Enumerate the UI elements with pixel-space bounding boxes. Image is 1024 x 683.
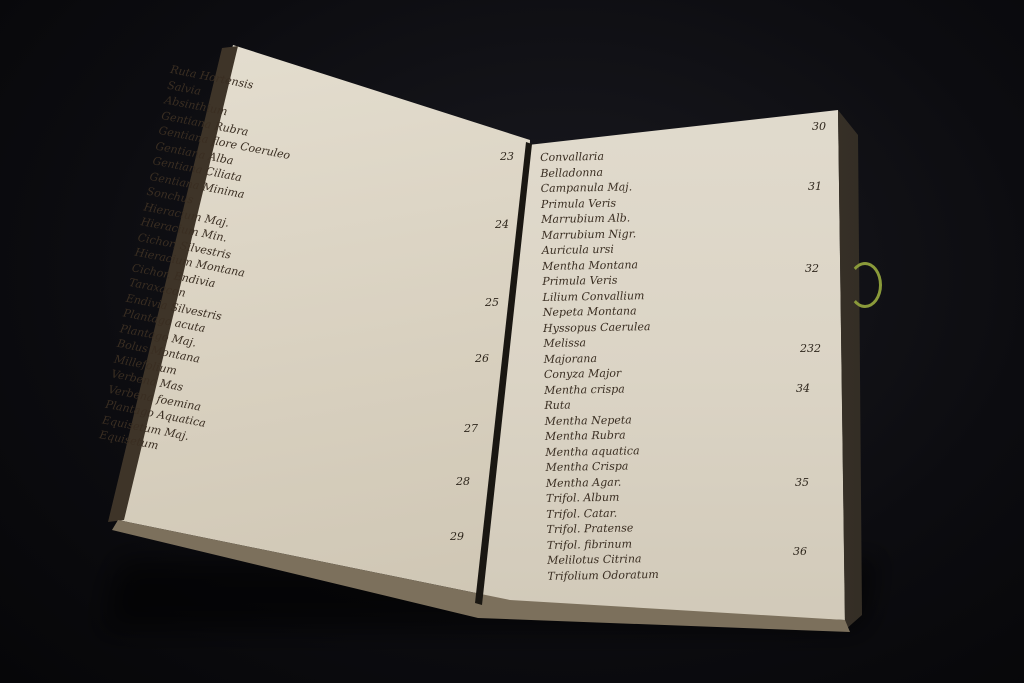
page-number: 29 [450,530,464,543]
page-number: 27 [464,422,478,435]
binding-cord-icon [848,262,882,308]
page-number: 31 [808,180,822,193]
page-number: 36 [793,545,807,558]
page-number: 35 [795,476,809,489]
page-number: 28 [456,475,470,488]
page-number: 30 [812,120,826,133]
page-number: 32 [805,262,819,275]
page-number: 25 [485,296,499,309]
page-number: 232 [800,342,821,355]
page-number: 23 [500,150,514,163]
page-number: 34 [796,382,810,395]
page-number: 24 [495,218,509,231]
right-latin-column: Convallaria Belladonna Campanula Maj. Pr… [540,148,659,584]
page-number: 26 [475,352,489,365]
